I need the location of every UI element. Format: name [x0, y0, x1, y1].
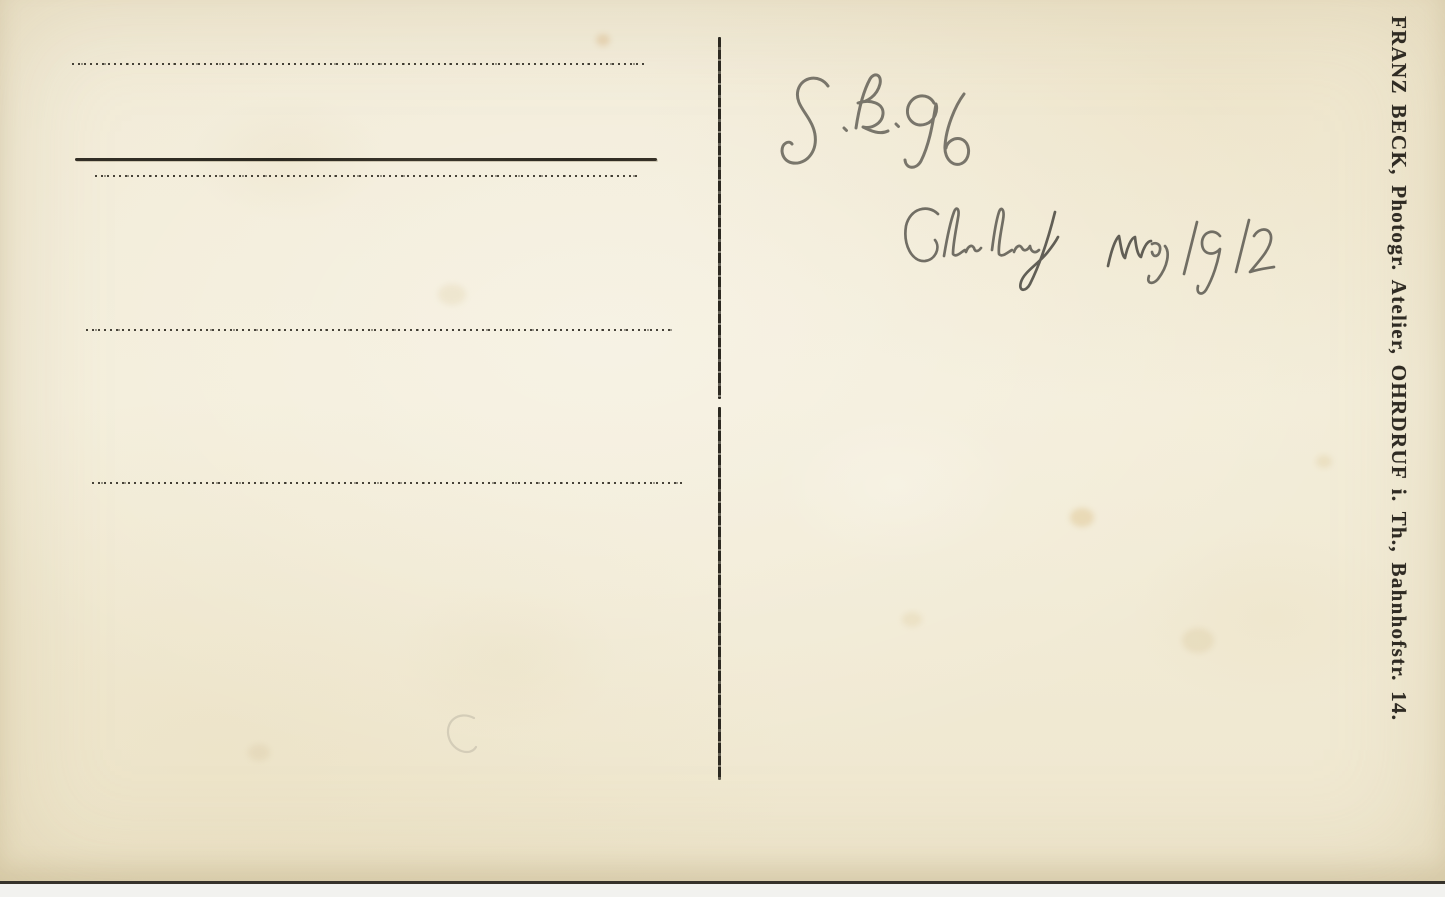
paper-stain — [438, 284, 466, 305]
center-divider-line — [718, 407, 721, 780]
paper-stain — [1070, 508, 1094, 527]
handwriting-regiment-note — [782, 75, 969, 167]
handwriting-layer — [0, 0, 1445, 881]
faint-pencil-mark — [448, 715, 476, 752]
postcard: FRANZ BECK, Photogr. Atelier, OHRDRUF i.… — [0, 0, 1445, 884]
paper-stain — [1316, 455, 1332, 468]
paper-stain — [596, 34, 610, 46]
scanner-background — [0, 884, 1445, 897]
photographer-imprint: FRANZ BECK, Photogr. Atelier, OHRDRUF i.… — [1386, 16, 1411, 816]
handwriting-place-date-note — [905, 209, 1274, 294]
paper-stain — [248, 744, 270, 761]
paper-stain — [1182, 628, 1214, 653]
address-ruled-line-3 — [86, 328, 674, 331]
paper-stain — [902, 612, 922, 627]
paper-texture — [0, 0, 1445, 881]
address-ruled-line-4 — [92, 481, 686, 484]
address-ruled-line-1 — [72, 62, 648, 65]
address-solid-line — [75, 158, 657, 161]
center-divider-line — [718, 37, 721, 399]
scanned-postcard-back: FRANZ BECK, Photogr. Atelier, OHRDRUF i.… — [0, 0, 1445, 897]
address-ruled-line-2 — [95, 174, 640, 177]
